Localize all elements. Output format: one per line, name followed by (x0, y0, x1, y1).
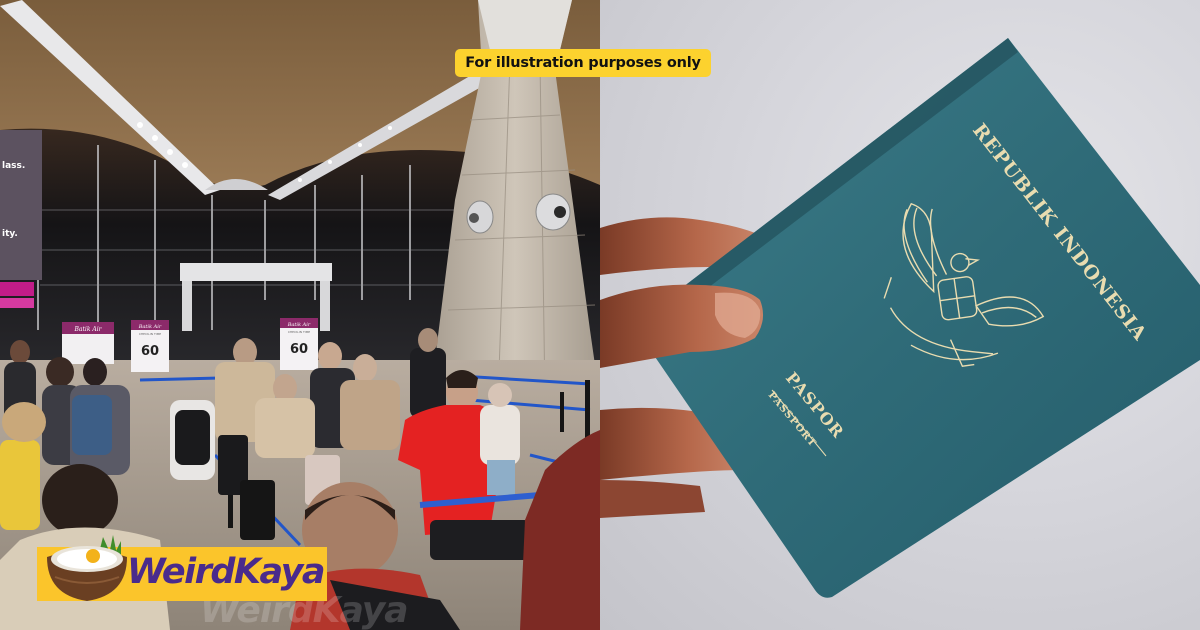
svg-text:lass.: lass. (2, 161, 25, 171)
security-camera-icon (536, 194, 570, 230)
svg-text:CHECK-IN TIME: CHECK-IN TIME (288, 330, 310, 334)
svg-text:60: 60 (290, 342, 308, 357)
svg-text:ity.: ity. (2, 229, 18, 239)
checkin-sign: Batik Air CHECK-IN TIME 60 (280, 318, 318, 370)
svg-text:Batik Air: Batik Air (287, 322, 311, 328)
composite-image: lass. ity. (0, 0, 1200, 630)
security-camera-icon (467, 201, 493, 233)
svg-text:CHECK-IN TIME: CHECK-IN TIME (139, 332, 161, 336)
checkin-sign: Batik Air (62, 322, 114, 364)
illustration-disclaimer-badge: For illustration purposes only (455, 49, 711, 77)
weirdkaya-logo: WeirdKaya (37, 547, 327, 601)
brand-wordmark: WeirdKaya (127, 552, 324, 592)
svg-text:60: 60 (141, 344, 159, 359)
svg-text:Batik Air: Batik Air (74, 326, 103, 333)
svg-text:Batik Air: Batik Air (138, 324, 162, 330)
checkin-sign: Batik Air CHECK-IN TIME 60 (131, 320, 169, 372)
passport-scene-illustration: REPUBLIK INDONESIA PASPOR PASSPORT (600, 0, 1200, 630)
passport-photo: REPUBLIK INDONESIA PASPOR PASSPORT (600, 0, 1200, 630)
coconut-egg-icon (41, 533, 133, 605)
